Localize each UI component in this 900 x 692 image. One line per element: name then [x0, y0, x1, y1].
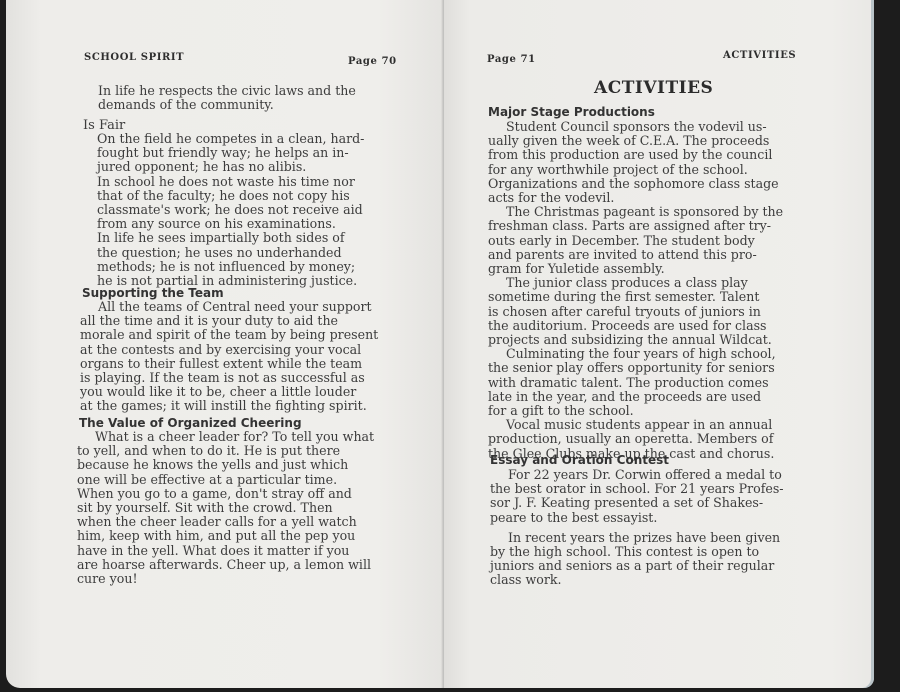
text-line: for a gift to the school.	[488, 404, 808, 418]
text-line: the question; he uses no underhanded	[97, 246, 397, 260]
page-number-right: Page 71	[487, 54, 536, 65]
supporting-team-section: All the teams of Central need your suppo…	[80, 300, 398, 414]
text-line: late in the year, and the proceeds are u…	[488, 390, 808, 404]
text-line: one will be effective at a particular ti…	[77, 473, 397, 487]
text-line: Culminating the four years of high schoo…	[488, 347, 808, 361]
major-stage-heading: Major Stage Productions	[488, 105, 655, 119]
text-line: ually given the week of C.E.A. The proce…	[488, 134, 808, 148]
text-line: you would like it to be, cheer a little …	[80, 385, 398, 399]
text-line: with dramatic talent. The production com…	[488, 376, 808, 390]
text-line: juniors and seniors as a part of their r…	[490, 559, 810, 573]
text-line: at the contests and by exercising your v…	[80, 343, 398, 357]
text-line: outs early in December. The student body	[488, 234, 808, 248]
text-line: the auditorium. Proceeds are used for cl…	[488, 319, 808, 333]
text-line: acts for the vodevil.	[488, 191, 808, 205]
text-line: from any source on his examinations.	[97, 217, 397, 231]
text-line: at the games; it will instill the fighti…	[80, 399, 398, 413]
text-line: In life he sees impartially both sides o…	[97, 231, 397, 245]
text-line: is chosen after careful tryouts of junio…	[488, 305, 808, 319]
text-line: the best orator in school. For 21 years …	[490, 482, 810, 496]
text-line: all the time and it is your duty to aid …	[80, 314, 398, 328]
text-line: him, keep with him, and put all the pep …	[77, 529, 397, 543]
text-line: In life he respects the civic laws and t…	[98, 84, 398, 98]
text-line: All the teams of Central need your suppo…	[80, 300, 398, 314]
text-line: What is a cheer leader for? To tell you …	[77, 430, 397, 444]
text-line: freshman class. Parts are assigned after…	[488, 219, 808, 233]
text-line: sit by yourself. Sit with the crowd. The…	[77, 501, 397, 515]
text-line: that of the faculty; he does not copy hi…	[97, 189, 397, 203]
text-line: sor J. F. Keating presented a set of Sha…	[490, 496, 810, 510]
text-line: methods; he is not influenced by money;	[97, 260, 397, 274]
text-line: When you go to a game, don't stray off a…	[77, 487, 397, 501]
text-line: the senior play offers opportunity for s…	[488, 361, 808, 375]
text-line: Organizations and the sophomore class st…	[488, 177, 808, 191]
running-head-left: SCHOOL SPIRIT	[84, 52, 184, 63]
text-line: Student Council sponsors the vodevil us-	[488, 120, 808, 134]
text-line: to yell, and when to do it. He is put th…	[77, 444, 397, 458]
essay-oration-heading: Essay and Oration Contest	[490, 453, 669, 467]
text-line: have in the yell. What does it matter if…	[77, 544, 397, 558]
text-line: On the field he competes in a clean, har…	[97, 132, 397, 146]
organized-cheering-heading: The Value of Organized Cheering	[79, 416, 302, 430]
text-line: and parents are invited to attend this p…	[488, 248, 808, 262]
text-line: from this production are used by the cou…	[488, 148, 808, 162]
text-line: The junior class produces a class play	[488, 276, 808, 290]
major-stage-section: Student Council sponsors the vodevil us-…	[488, 120, 808, 461]
text-line: classmate's work; he does not receive ai…	[97, 203, 397, 217]
text-line: are hoarse afterwards. Cheer up, a lemon…	[77, 558, 397, 572]
text-line: is playing. If the team is not as succes…	[80, 371, 398, 385]
essay-oration-section: For 22 years Dr. Corwin offered a medal …	[490, 468, 810, 588]
text-line: In recent years the prizes have been giv…	[490, 531, 810, 545]
text-line: class work.	[490, 573, 810, 587]
chapter-title: ACTIVITIES	[594, 78, 713, 98]
supporting-team-heading: Supporting the Team	[82, 286, 224, 300]
text-line: because he knows the yells and just whic…	[77, 458, 397, 472]
right-page: Page 71 ACTIVITIES ACTIVITIES Major Stag…	[444, 0, 874, 688]
text-line: peare to the best essayist.	[490, 511, 810, 525]
text-line: jured opponent; he has no alibis.	[97, 160, 397, 174]
text-line: production, usually an operetta. Members…	[488, 432, 808, 446]
text-line: morale and spirit of the team by being p…	[80, 328, 398, 342]
text-line: cure you!	[77, 572, 397, 586]
page-number-left: Page 70	[348, 56, 397, 67]
text-line: projects and subsidizing the annual Wild…	[488, 333, 808, 347]
text-line: For 22 years Dr. Corwin offered a medal …	[490, 468, 810, 482]
text-line: when the cheer leader calls for a yell w…	[77, 515, 397, 529]
left-page: SCHOOL SPIRIT Page 70 In life he respect…	[6, 0, 444, 688]
text-line: organs to their fullest extent while the…	[80, 357, 398, 371]
text-line: In school he does not waste his time nor	[97, 175, 397, 189]
text-line: demands of the community.	[98, 98, 398, 112]
text-line: gram for Yuletide assembly.	[488, 262, 808, 276]
text-line: fought but friendly way; he helps an in-	[97, 146, 397, 160]
text-line: by the high school. This contest is open…	[490, 545, 810, 559]
text-line: Vocal music students appear in an annual	[488, 418, 808, 432]
organized-cheering-section: What is a cheer leader for? To tell you …	[77, 430, 397, 586]
running-head-right: ACTIVITIES	[723, 50, 796, 61]
text-line: for any worthwhile project of the school…	[488, 163, 808, 177]
text-line: The Christmas pageant is sponsored by th…	[488, 205, 808, 219]
text-line: sometime during the first semester. Tale…	[488, 290, 808, 304]
is-fair-section: On the field he competes in a clean, har…	[97, 132, 397, 288]
intro-paragraph: In life he respects the civic laws and t…	[98, 84, 398, 112]
